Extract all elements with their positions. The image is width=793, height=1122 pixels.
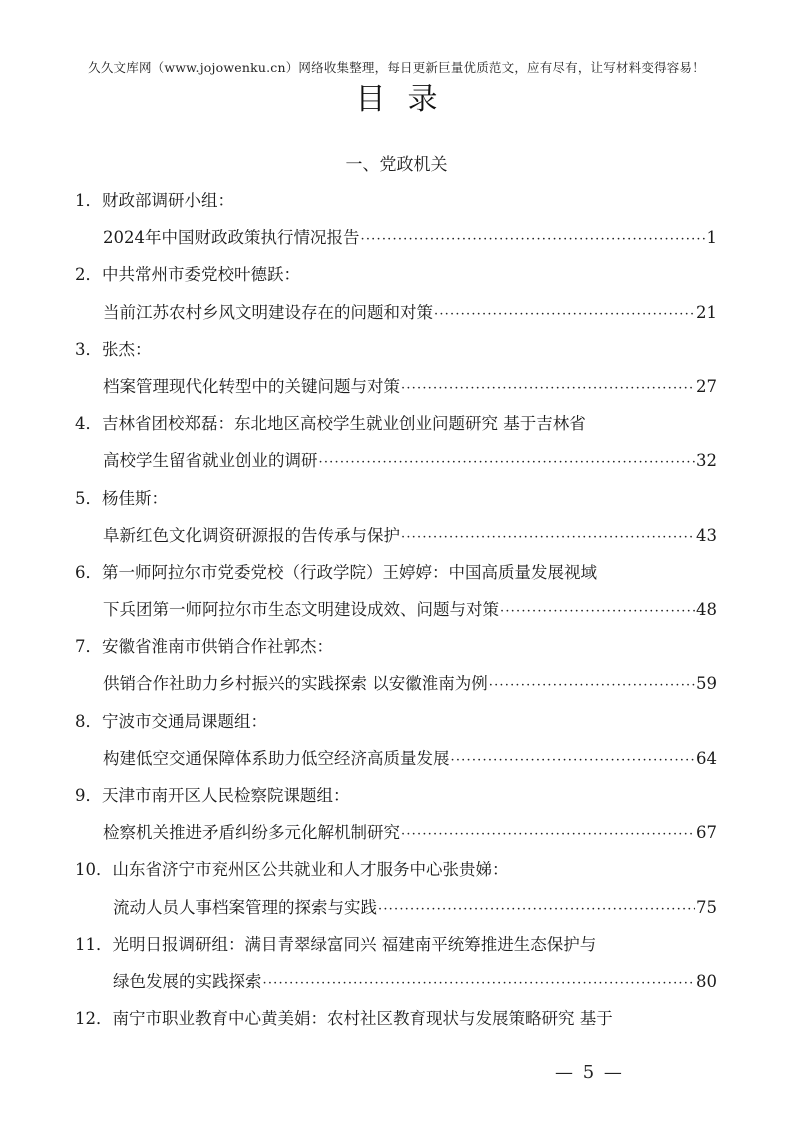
- toc-entry-title[interactable]: 流动人员人事档案管理的探索与实践························…: [75, 889, 717, 926]
- entry-author: 财政部调研小组：: [102, 191, 234, 210]
- entry-title: 当前江苏农村乡风文明建设存在的问题和对策: [103, 294, 433, 331]
- entry-number: 3．: [75, 331, 102, 368]
- entry-page: 48: [696, 591, 717, 628]
- entry-page: 27: [696, 368, 717, 405]
- entry-author: 山东省济宁市兖州区公共就业和人才服务中心张贵娣：: [113, 860, 509, 879]
- entry-page: 80: [696, 963, 717, 1000]
- toc-entry-title[interactable]: 绿色发展的实践探索·······························…: [75, 963, 717, 1000]
- entry-author: 天津市南开区人民检察院课题组：: [102, 786, 350, 805]
- entry-title: 档案管理现代化转型中的关键问题与对策: [103, 368, 400, 405]
- toc-entry-title[interactable]: 构建低空交通保障体系助力低空经济高质量发展···················…: [75, 740, 717, 777]
- toc-entry-author: 5．杨佳斯：: [75, 480, 717, 517]
- leader-dots: ········································…: [319, 444, 696, 481]
- toc-entry-author: 11．光明日报调研组：满目青翠绿富同兴 福建南平统筹推进生态保护与: [75, 926, 717, 963]
- entry-number: 6．: [75, 554, 102, 591]
- entry-author: 杨佳斯：: [102, 489, 168, 508]
- entry-number: 7．: [75, 628, 102, 665]
- toc-entry-author: 4．吉林省团校郑磊：东北地区高校学生就业创业问题研究 基于吉林省: [75, 405, 717, 442]
- toc-entry-author: 7．安徽省淮南市供销合作社郭杰：: [75, 628, 717, 665]
- entry-title: 绿色发展的实践探索: [113, 963, 262, 1000]
- entry-page: 1: [707, 219, 718, 256]
- leader-dots: ········································…: [378, 891, 695, 928]
- leader-dots: ········································…: [401, 519, 695, 556]
- leader-dots: ········································…: [434, 296, 695, 333]
- entry-author: 吉林省团校郑磊：东北地区高校学生就业创业问题研究 基于吉林省: [102, 414, 586, 433]
- toc-entry-author: 3．张杰：: [75, 331, 717, 368]
- page-number: — 5 —: [555, 1062, 624, 1083]
- entry-title: 构建低空交通保障体系助力低空经济高质量发展: [103, 740, 450, 777]
- entry-title: 2024年中国财政政策执行情况报告: [103, 219, 360, 256]
- entry-number: 8．: [75, 703, 102, 740]
- entry-number: 4．: [75, 405, 102, 442]
- toc-entry-author: 10．山东省济宁市兖州区公共就业和人才服务中心张贵娣：: [75, 851, 717, 888]
- entry-title: 检察机关推进矛盾纠纷多元化解机制研究: [103, 814, 400, 851]
- entry-author: 南宁市职业教育中心黄美娟：农村社区教育现状与发展策略研究 基于: [113, 1009, 613, 1028]
- toc-entry-author: 1．财政部调研小组：: [75, 182, 717, 219]
- table-of-contents: 1．财政部调研小组： 2024年中国财政政策执行情况报告············…: [75, 182, 717, 1037]
- leader-dots: ········································…: [401, 816, 695, 853]
- leader-dots: ········································…: [451, 742, 696, 779]
- leader-dots: ········································…: [500, 593, 695, 630]
- entry-page: 64: [696, 740, 717, 777]
- toc-entry-title[interactable]: 高校学生留省就业创业的调研···························…: [75, 442, 717, 479]
- entry-title: 阜新红色文化调资研源报的告传承与保护: [103, 517, 400, 554]
- toc-entry-title[interactable]: 下兵团第一师阿拉尔市生态文明建设成效、问题与对策················…: [75, 591, 717, 628]
- entry-number: 1．: [75, 182, 102, 219]
- toc-entry-title[interactable]: 检察机关推进矛盾纠纷多元化解机制研究······················…: [75, 814, 717, 851]
- entry-author: 第一师阿拉尔市党委党校（行政学院）王婷婷：中国高质量发展视域: [102, 563, 597, 582]
- toc-entry-author: 9．天津市南开区人民检察院课题组：: [75, 777, 717, 814]
- toc-entry-title[interactable]: 阜新红色文化调资研源报的告传承与保护······················…: [75, 517, 717, 554]
- entry-number: 5．: [75, 480, 102, 517]
- entry-page: 32: [696, 442, 717, 479]
- toc-entry-author: 6．第一师阿拉尔市党委党校（行政学院）王婷婷：中国高质量发展视域: [75, 554, 717, 591]
- section-heading: 一、党政机关: [0, 150, 793, 175]
- entry-number: 11．: [75, 926, 113, 963]
- toc-entry-title[interactable]: 档案管理现代化转型中的关键问题与对策······················…: [75, 368, 717, 405]
- entry-title: 下兵团第一师阿拉尔市生态文明建设成效、问题与对策: [103, 591, 499, 628]
- entry-title: 供销合作社助力乡村振兴的实践探索 以安徽淮南为例: [103, 665, 488, 702]
- entry-author: 宁波市交通局课题组：: [102, 712, 267, 731]
- toc-entry-author: 2．中共常州市委党校叶德跃：: [75, 256, 717, 293]
- entry-page: 67: [696, 814, 717, 851]
- page-title: 目录: [0, 74, 793, 118]
- toc-entry-author: 12．南宁市职业教育中心黄美娟：农村社区教育现状与发展策略研究 基于: [75, 1000, 717, 1037]
- entry-page: 43: [696, 517, 717, 554]
- entry-author: 光明日报调研组：满目青翠绿富同兴 福建南平统筹推进生态保护与: [113, 935, 597, 954]
- entry-page: 21: [696, 294, 717, 331]
- entry-number: 9．: [75, 777, 102, 814]
- toc-entry-title[interactable]: 当前江苏农村乡风文明建设存在的问题和对策····················…: [75, 294, 717, 331]
- entry-author: 中共常州市委党校叶德跃：: [102, 265, 300, 284]
- entry-number: 2．: [75, 256, 102, 293]
- entry-number: 10．: [75, 851, 113, 888]
- leader-dots: ········································…: [263, 965, 696, 1002]
- entry-page: 75: [696, 889, 717, 926]
- toc-entry-title[interactable]: 2024年中国财政政策执行情况报告·······················…: [75, 219, 717, 256]
- entry-author: 张杰：: [102, 340, 152, 359]
- leader-dots: ········································…: [489, 667, 695, 704]
- entry-title: 流动人员人事档案管理的探索与实践: [113, 889, 377, 926]
- toc-entry-title[interactable]: 供销合作社助力乡村振兴的实践探索 以安徽淮南为例················…: [75, 665, 717, 702]
- leader-dots: ········································…: [401, 370, 695, 407]
- leader-dots: ········································…: [361, 221, 706, 258]
- entry-author: 安徽省淮南市供销合作社郭杰：: [102, 637, 333, 656]
- entry-page: 59: [696, 665, 717, 702]
- entry-number: 12．: [75, 1000, 113, 1037]
- toc-entry-author: 8．宁波市交通局课题组：: [75, 703, 717, 740]
- entry-title: 高校学生留省就业创业的调研: [103, 442, 318, 479]
